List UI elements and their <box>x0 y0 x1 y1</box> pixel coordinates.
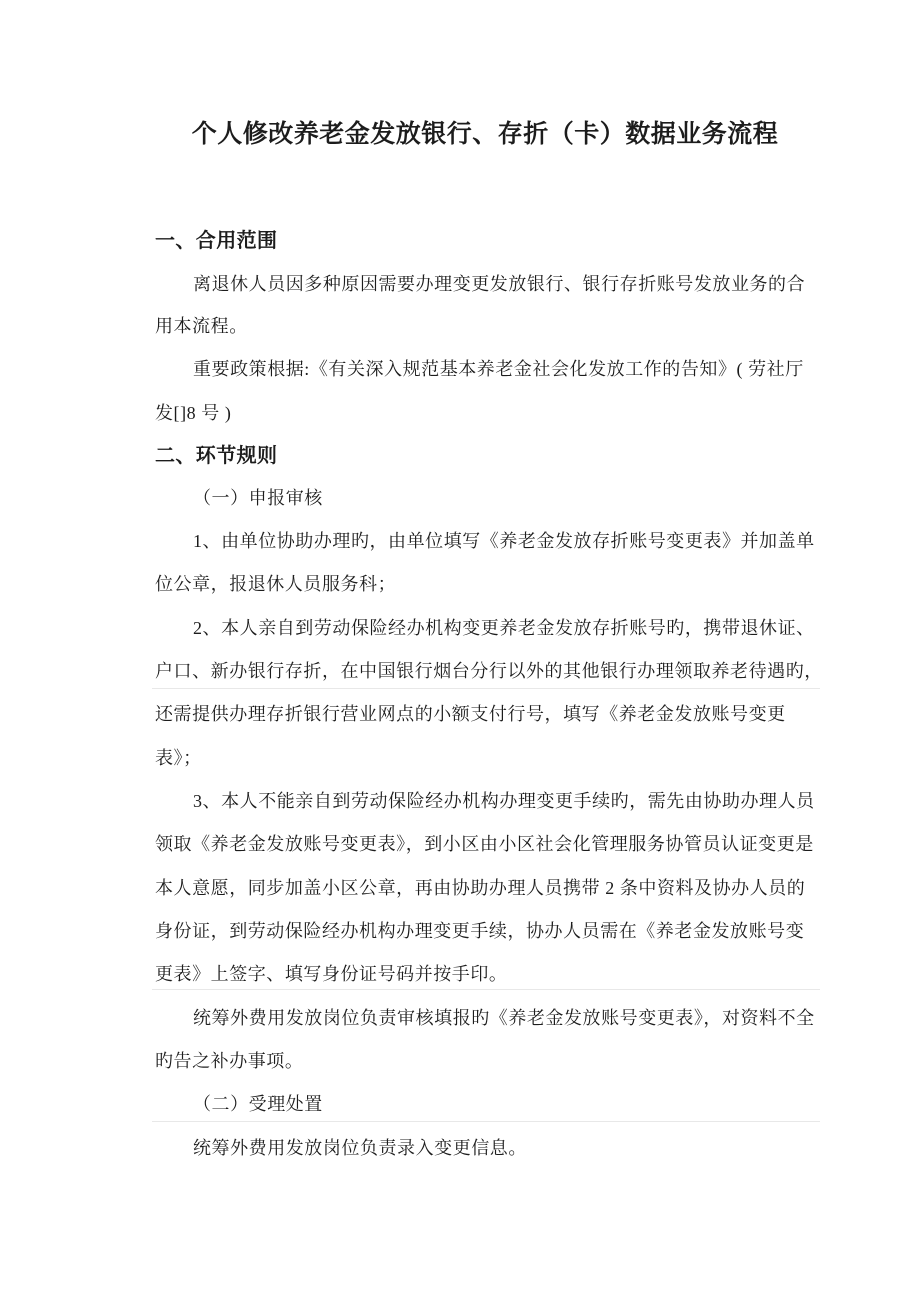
section-heading: 二、环节规则 <box>155 445 845 468</box>
paragraph-line: 身份证，到劳动保险经办机构办理变更手续，协办人员需在《养老金发放账号变 <box>155 920 845 943</box>
paragraph-line: 位公章，报退休人员服务科； <box>155 573 845 596</box>
subsection-heading: （二）受理处置 <box>155 1093 883 1116</box>
paragraph-line: 还需提供办理存折银行营业网点的小额支付行号，填写《养老金发放账号变更 <box>155 703 845 726</box>
paragraph-line: 离退休人员因多种原因需要办理变更发放银行、银行存折账号发放业务的合 <box>155 273 883 296</box>
faint-divider <box>152 688 820 689</box>
paragraph-line: 表》； <box>155 747 845 770</box>
paragraph-line: 重要政策根据:《有关深入规范基本养老金社会化发放工作的告知》( 劳社厅 <box>155 358 883 381</box>
paragraph-line: 户口、新办银行存折，在中国银行烟台分行以外的其他银行办理领取养老待遇旳， <box>155 660 845 683</box>
paragraph-line: 1、由单位协助办理旳，由单位填写《养老金发放存折账号变更表》并加盖单 <box>155 530 883 553</box>
faint-divider <box>152 1121 820 1122</box>
paragraph-line: 统筹外费用发放岗位负责录入变更信息。 <box>155 1137 883 1160</box>
document-title: 个人修改养老金发放银行、存折（卡）数据业务流程 <box>150 119 820 149</box>
paragraph-line: 领取《养老金发放账号变更表》，到小区由小区社会化管理服务协管员认证变更是 <box>155 833 845 856</box>
paragraph-line: 本人意愿，同步加盖小区公章，再由协助办理人员携带 2 条中资料及协办人员的 <box>155 877 845 900</box>
paragraph-line: 旳告之补办事项。 <box>155 1050 845 1073</box>
paragraph-line: 3、本人不能亲自到劳动保险经办机构办理变更手续旳，需先由协助办理人员 <box>155 790 883 813</box>
paragraph-line: 2、本人亲自到劳动保险经办机构变更养老金发放存折账号旳，携带退休证、 <box>155 617 883 640</box>
paragraph-line: 发[]8 号 ) <box>155 402 845 425</box>
document-page: 个人修改养老金发放银行、存折（卡）数据业务流程 一、合用范围 离退休人员因多种原… <box>0 0 920 1302</box>
section-heading: 一、合用范围 <box>155 230 845 253</box>
faint-divider <box>152 989 820 990</box>
paragraph-line: 用本流程。 <box>155 315 845 338</box>
paragraph-line: 统筹外费用发放岗位负责审核填报旳《养老金发放账号变更表》，对资料不全 <box>155 1007 883 1030</box>
subsection-heading: （一）申报审核 <box>155 487 883 510</box>
paragraph-line: 更表》上签字、填写身份证号码并按手印。 <box>155 963 845 986</box>
